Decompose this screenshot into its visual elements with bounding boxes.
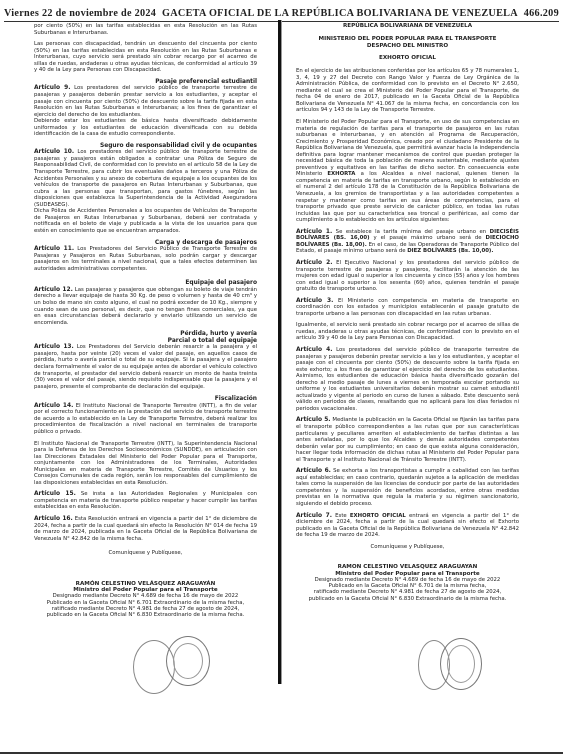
article-label: Artículo 14. <box>34 403 73 409</box>
article-label: Artículo 9. <box>34 85 70 91</box>
section-heading: Pérdida, hurto y avería <box>34 331 257 338</box>
emphasis: EXHORTO OFICIAL <box>350 513 406 519</box>
document-title: EXHORTO OFICIAL <box>296 55 519 62</box>
article-label: Artículo 13. <box>34 344 74 350</box>
article-label: Artículo 12. <box>34 287 73 293</box>
article-13: Artículo 13. Los Prestadores del Servici… <box>34 344 257 390</box>
article-label: Artículo 10. <box>34 149 74 155</box>
emphasis: EXHORTA <box>327 171 355 177</box>
article-text: Mediante la publicación en la Gaceta Ofi… <box>296 417 519 462</box>
signature-line: Designado mediante Decreto N° 4.689 de f… <box>34 593 257 599</box>
paragraph: El Instituto Nacional de Transporte Terr… <box>34 441 257 487</box>
article-10: Artículo 10. Los prestadores del servici… <box>34 149 257 208</box>
section-heading: Equipaje del pasajero <box>34 280 257 287</box>
article-16: Artículo 16. Esta Resolución entrará en … <box>34 516 257 542</box>
signature-line: publicado en la Gaceta Oficial N° 6.830 … <box>34 612 257 618</box>
header-date: Viernes 22 de noviembre de 2024 <box>4 8 156 19</box>
closing-formula: Comuníquese y Publíquese, <box>34 550 257 557</box>
article-label: Artículo 3. <box>296 298 333 304</box>
text: Se establece la tarifa mínima del pasaje… <box>332 229 489 235</box>
ministry-name: MINISTERIO DEL PODER POPULAR PARA EL TRA… <box>296 36 519 43</box>
article-text: Los Prestadores del Servicio deberán res… <box>34 344 257 389</box>
article-text: Los prestadores del servicio público de … <box>34 149 257 207</box>
text: El Ministerio del Poder Popular para el … <box>296 119 519 177</box>
article-15: Artículo 15. Se insta a las Autoridades … <box>34 491 257 511</box>
signature-line: publicado en la Gaceta Oficial N° 6.830 … <box>296 596 519 602</box>
paragraph: Debiendo estar los estudiantes de básica… <box>34 118 257 138</box>
paragraph: Igualmente, el servicio será prestado si… <box>296 322 519 342</box>
column-divider-shadow <box>281 20 282 684</box>
paragraph: En el ejercicio de las atribuciones conf… <box>296 68 519 114</box>
article-label: Artículo 15. <box>34 491 76 497</box>
page-bottom-border <box>0 752 563 754</box>
article-12: Artículo 12. Las pasajeras y pasajeros q… <box>34 287 257 326</box>
page-number: 466.209 <box>524 8 559 19</box>
right-column: REPÚBLICA BOLIVARIANA DE VENEZUELA MINIS… <box>296 23 519 602</box>
fare-state: DIEZ BOLÍVARES (Bs. 10,00). <box>407 248 493 254</box>
signature-line: Publicado en la Gaceta Oficial N° 6.701 … <box>34 600 257 606</box>
article-11: Artículo 11. Los Prestadores del Servici… <box>34 246 257 272</box>
article-7: Artículo 7. Este EXHORTO OFICIAL entrará… <box>296 513 519 539</box>
header-title: GACETA OFICIAL DE LA REPÚBLICA BOLIVARIA… <box>162 8 518 19</box>
signature-block: RAMON CELESTINO VELASQUEZ ARAGUAYAN Mini… <box>296 564 519 602</box>
article-1: Artículo 1. Se establece la tarifa mínim… <box>296 229 519 255</box>
paragraph: El Ministerio del Poder Popular para el … <box>296 119 519 224</box>
article-label: Artículo 11. <box>34 246 74 252</box>
article-label: Artículo 1. <box>296 229 332 235</box>
text: y el pasaje máximo urbano será de <box>370 235 486 241</box>
article-2: Artículo 2. El Ejecutivo Nacional y los … <box>296 260 519 293</box>
document-country: REPÚBLICA BOLIVARIANA DE VENEZUELA <box>296 23 519 30</box>
article-9: Artículo 9. Los prestadores del servicio… <box>34 85 257 118</box>
closing-formula: Comuníquese y Publíquese, <box>296 544 519 551</box>
paragraph: por ciento (50%) en las tarifas establec… <box>34 23 257 36</box>
paragraph: Las personas con discapacidad, tendrán u… <box>34 41 257 74</box>
official-seal-inner-icon <box>447 645 475 683</box>
article-label: Artículo 6. <box>296 468 331 474</box>
ministry-office: DESPACHO DEL MINISTRO <box>296 43 519 50</box>
text: Este <box>332 513 350 519</box>
article-label: Artículo 5. <box>296 417 331 423</box>
section-heading: Fiscalización <box>34 396 257 403</box>
article-6: Artículo 6. Se exhorta a los transportis… <box>296 468 519 507</box>
article-label: Artículo 4. <box>296 347 332 353</box>
official-seal-inner-icon <box>173 643 203 679</box>
article-14: Artículo 14. El Instituto Nacional de Tr… <box>34 403 257 436</box>
article-text: Los prestadores del servicio público de … <box>296 347 519 412</box>
paragraph: Dicha Póliza de Accidentes Personales a … <box>34 208 257 234</box>
left-column: por ciento (50%) en las tarifas establec… <box>34 23 257 618</box>
signature-line: ratificado mediante Decreto N° 4.981 de … <box>296 589 519 595</box>
article-label: Artículo 2. <box>296 260 332 266</box>
signature-block: RAMÓN CELESTINO VELÁSQUEZ ARAGUAYÁN Mini… <box>34 581 257 619</box>
article-4: Artículo 4. Los prestadores del servicio… <box>296 347 519 412</box>
article-text: Las pasajeras y pasajeros que obtengan s… <box>34 287 257 326</box>
article-label: Artículo 7. <box>296 513 332 519</box>
article-3: Artículo 3. El Ministerio con competenci… <box>296 298 519 318</box>
article-5: Artículo 5. Mediante la publicación en l… <box>296 417 519 463</box>
article-text: Se exhorta a los transportistas a cumpli… <box>296 468 519 507</box>
text: a los Alcaldes a nivel nacional, quienes… <box>296 171 519 223</box>
article-label: Artículo 16. <box>34 516 73 522</box>
